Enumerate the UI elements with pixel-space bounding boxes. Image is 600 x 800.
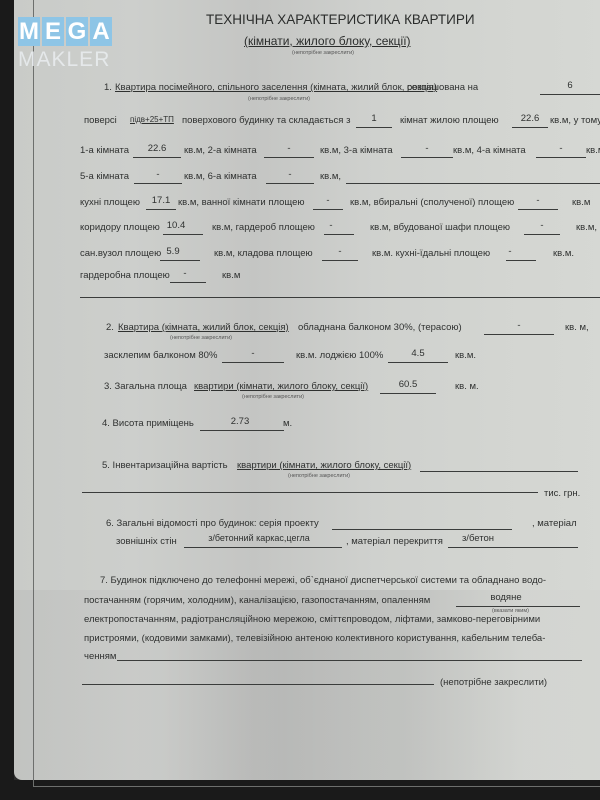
building-label: поверхового будинку та складається з bbox=[182, 115, 350, 126]
kitchen-label: кухні площею bbox=[80, 197, 140, 208]
kitchen-dining-value: - bbox=[506, 246, 514, 257]
glazed-balcony-label: засклепим балконом 80% bbox=[104, 350, 217, 361]
room5-label: 5-а кімната bbox=[80, 171, 129, 182]
floor-label: поверсі bbox=[84, 115, 117, 126]
building-info-label: 6. Загальні відомості про будинок: серія… bbox=[106, 518, 319, 529]
closet-unit: кв.м, bbox=[576, 222, 597, 233]
loggia-label: кв.м. лоджією 100% bbox=[296, 350, 383, 361]
corridor-value: 10.4 bbox=[163, 220, 189, 231]
floor-value: 6 bbox=[540, 80, 600, 91]
living-area-label: кімнат жилою площею bbox=[400, 115, 499, 126]
inventory-value-unit: тис. грн. bbox=[544, 488, 580, 499]
ceiling-height-label: 4. Висота приміщень bbox=[102, 418, 194, 429]
wc-label: кв.м, вбиральні (сполученої) площею bbox=[350, 197, 514, 208]
s7-line1: 7. Будинок підключено до телефонні мереж… bbox=[100, 575, 546, 586]
closet-value: - bbox=[524, 220, 560, 231]
walls-material-value: з/бетонний каркас,цегла bbox=[184, 533, 334, 543]
sanuzol-value: 5.9 bbox=[160, 246, 186, 257]
floors-count-value: підв+25+ТП bbox=[130, 115, 174, 124]
rooms-count-value: 1 bbox=[356, 113, 392, 124]
logo-makler: MAKLER bbox=[18, 48, 112, 72]
s2-apartment-type: Квартира (кімната, жилий блок, секція) bbox=[118, 322, 289, 333]
bath-value: - bbox=[313, 195, 343, 206]
room3-label: кв.м, 3-а кімната bbox=[320, 145, 393, 156]
s7-line2: постачанням (горячим, холодним), каналіз… bbox=[84, 595, 430, 606]
room4-label: кв.м, 4-а кімната bbox=[453, 145, 526, 156]
room4-value: - bbox=[536, 143, 586, 154]
pantry-label: кв.м, кладова площею bbox=[214, 248, 313, 259]
terrace-value: - bbox=[484, 320, 554, 331]
s7-line4: пристроями, (кодовими замками), телевізі… bbox=[84, 633, 545, 644]
loggia-unit: кв.м. bbox=[455, 350, 476, 361]
s2-note: (непотрібне закреслити) bbox=[170, 335, 232, 341]
s3-apartment-type: квартири (кімнати, жилого блоку, секції) bbox=[194, 381, 368, 392]
room1-label: 1-а кімната bbox=[80, 145, 129, 156]
glazed-balcony-value: - bbox=[222, 348, 284, 359]
dressing-unit: кв.м bbox=[222, 270, 240, 281]
s7-note: (непотрібне закреслити) bbox=[440, 677, 547, 688]
s3-note: (непотрібне закреслити) bbox=[242, 394, 304, 400]
dressing-label: гардеробна площею bbox=[80, 270, 170, 281]
s1-apartment-type: Квартира посімейного, спільного заселенн… bbox=[115, 82, 437, 93]
logo-mega: M E G A bbox=[18, 17, 112, 46]
s7-line3: електропостачанням, радіотрансляційною м… bbox=[84, 614, 540, 625]
kitchen-value: 17.1 bbox=[146, 195, 176, 206]
floor-material-label: , матеріал перекриття bbox=[346, 536, 443, 547]
bath-label: кв.м, ванної кімнати площею bbox=[178, 197, 305, 208]
room2-label: кв.м, 2-а кімната bbox=[184, 145, 257, 156]
floor-material-value: з/бетон bbox=[448, 533, 508, 544]
kitchen-dining-label: кв.м. кухні-їдальні площею bbox=[372, 248, 490, 259]
heating-value: водяне bbox=[456, 592, 556, 603]
closet-label: кв.м, вбудованої шафи площею bbox=[370, 222, 510, 233]
inventory-value-label: 5. Інвентаризаційна вартість bbox=[102, 460, 228, 471]
wardrobe-value: - bbox=[324, 220, 338, 231]
room6-value: - bbox=[266, 169, 314, 180]
room2-value: - bbox=[264, 143, 314, 154]
living-area-value: 22.6 bbox=[512, 113, 548, 124]
sanuzol-label: сан.вузол площею bbox=[80, 248, 161, 259]
corridor-label: коридору площею bbox=[80, 222, 160, 233]
total-area-value: 60.5 bbox=[380, 379, 436, 390]
living-area-unit: кв.м, у тому bbox=[550, 115, 600, 126]
total-area-label: 3. Загальна площа bbox=[104, 381, 187, 392]
room1-value: 22.6 bbox=[133, 143, 181, 154]
document-title: ТЕХНІЧНА ХАРАКТЕРИСТИКА КВАРТИРИ bbox=[206, 12, 475, 27]
terrace-unit: кв. м, bbox=[565, 322, 589, 333]
room3-value: - bbox=[401, 143, 453, 154]
room5-value: - bbox=[134, 169, 182, 180]
total-area-unit: кв. м. bbox=[455, 381, 479, 392]
loggia-value: 4.5 bbox=[388, 348, 448, 359]
s1-located-label: розташована на bbox=[407, 82, 478, 93]
dressing-value: - bbox=[170, 268, 200, 279]
s1-note: (непотрібне закреслити) bbox=[248, 96, 310, 102]
room6-unit: кв.м, bbox=[320, 171, 341, 182]
s2-balcony-label: обладнана балконом 30%, (терасою) bbox=[298, 322, 462, 333]
material-label: , матеріал bbox=[532, 518, 577, 529]
s5-apartment-type: квартири (кімнати, жилого блоку, секції) bbox=[237, 460, 411, 471]
ceiling-height-unit: м. bbox=[283, 418, 292, 429]
subtitle-note: (непотрібне закреслити) bbox=[292, 50, 354, 56]
room4-unit: кв.м bbox=[586, 145, 600, 156]
s5-note: (непотрібне закреслити) bbox=[288, 473, 350, 479]
s1-number: 1. bbox=[104, 82, 112, 93]
s7-line5: ченням bbox=[84, 651, 116, 662]
pantry-value: - bbox=[322, 246, 358, 257]
kitchen-dining-unit: кв.м. bbox=[553, 248, 574, 259]
wardrobe-label: кв.м, гардероб площею bbox=[212, 222, 315, 233]
watermark-logo: M E G A MAKLER bbox=[18, 17, 112, 72]
room6-label: кв.м, 6-а кімната bbox=[184, 171, 257, 182]
document-subtitle: (кімнати, жилого блоку, секції) bbox=[244, 34, 411, 48]
wc-value: - bbox=[518, 195, 558, 206]
walls-label: зовнішніх стін bbox=[116, 536, 177, 547]
ceiling-height-value: 2.73 bbox=[200, 416, 280, 427]
s2-number: 2. bbox=[106, 322, 114, 333]
wc-unit: кв.м bbox=[572, 197, 590, 208]
